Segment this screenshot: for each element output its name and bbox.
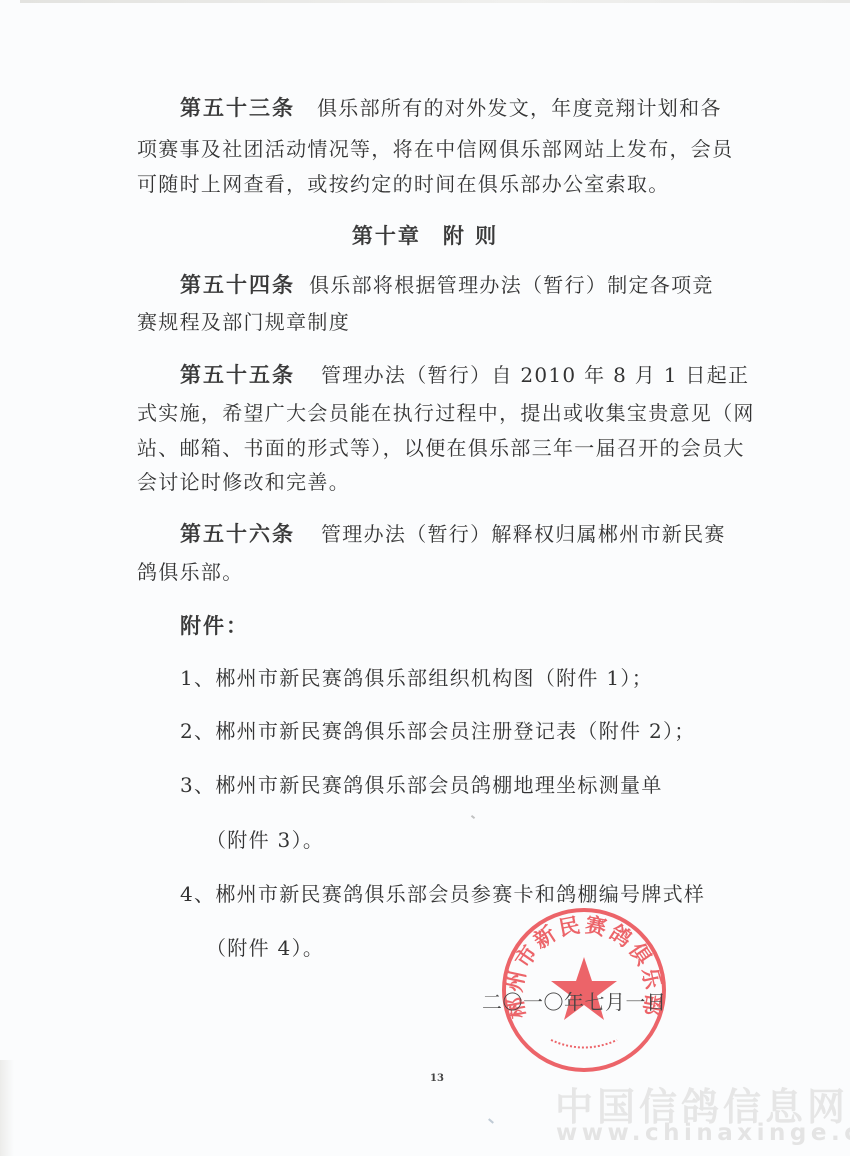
article-56-text: 管理办法（暂行）解释权归属郴州市新民赛 [321,522,726,546]
article-55-line-2: 式实施，希望广大会员能在执行过程中，提出或收集宝贵意见（网 [137,401,755,425]
chapter-heading: 第十章附 则 [0,220,850,250]
article-53-line-3: 可随时上网查看，或按约定的时间在俱乐部办公室索取。 [137,172,670,196]
article-56-line-1: 第五十六条管理办法（暂行）解释权归属郴州市新民赛 [180,522,726,546]
article-53-title: 第五十三条 [180,96,295,120]
article-54-text: 俱乐部将根据管理办法（暂行）制定各项竞 [309,273,714,297]
scan-mark [471,815,475,819]
article-53-line-1: 第五十三条俱乐部所有的对外发文，年度竞翔计划和各 [180,96,722,120]
article-55-line-1: 第五十五条管理办法（暂行）自 2010 年 8 月 1 日起正 [180,363,749,387]
chapter-name: 附 则 [443,224,498,248]
article-54-title: 第五十四条 [180,273,295,297]
article-53-line-2: 项赛事及社团活动情况等，将在中信网俱乐部网站上发布，会员 [137,137,733,161]
scan-mark [488,1118,494,1123]
page-number: 13 [430,1073,444,1084]
article-54-line-1: 第五十四条俱乐部将根据管理办法（暂行）制定各项竞 [180,273,714,297]
article-55-text: 管理办法（暂行）自 2010 年 8 月 1 日起正 [321,363,749,387]
article-55-line-3: 站、邮箱、书面的形式等），以便在俱乐部三年一届召开的会员大 [137,436,745,460]
attachment-item-2: 2、郴州市新民赛鸽俱乐部会员注册登记表（附件 2）； [180,719,696,743]
attachment-item-3-suffix: （附件 3）。 [206,828,324,852]
article-55-title: 第五十五条 [180,363,295,387]
attachment-item-4: 4、郴州市新民赛鸽俱乐部会员参赛卡和鸽棚编号牌式样 [180,882,705,906]
attachments-heading: 附件： [180,614,249,638]
chapter-number: 第十章 [352,224,421,248]
article-56-line-2: 鸽俱乐部。 [137,560,244,584]
article-53-text: 俱乐部所有的对外发文，年度竞翔计划和各 [317,96,722,120]
watermark-url: www.chinaxinge.com [556,1120,850,1146]
document-page: 第五十三条俱乐部所有的对外发文，年度竞翔计划和各 项赛事及社团活动情况等，将在中… [0,0,850,1156]
article-54-line-2: 赛规程及部门规章制度 [137,310,350,334]
article-56-title: 第五十六条 [180,522,295,546]
signature-date: 二〇一〇年七月一日 [482,986,667,1015]
attachment-item-4-suffix: （附件 4）。 [206,936,324,960]
attachment-item-1: 1、郴州市新民赛鸽俱乐部组织机构图（附件 1）； [180,666,653,690]
attachment-item-3: 3、郴州市新民赛鸽俱乐部会员鸽棚地理坐标测量单 [180,773,663,797]
article-55-line-4: 会讨论时修改和完善。 [137,470,350,494]
